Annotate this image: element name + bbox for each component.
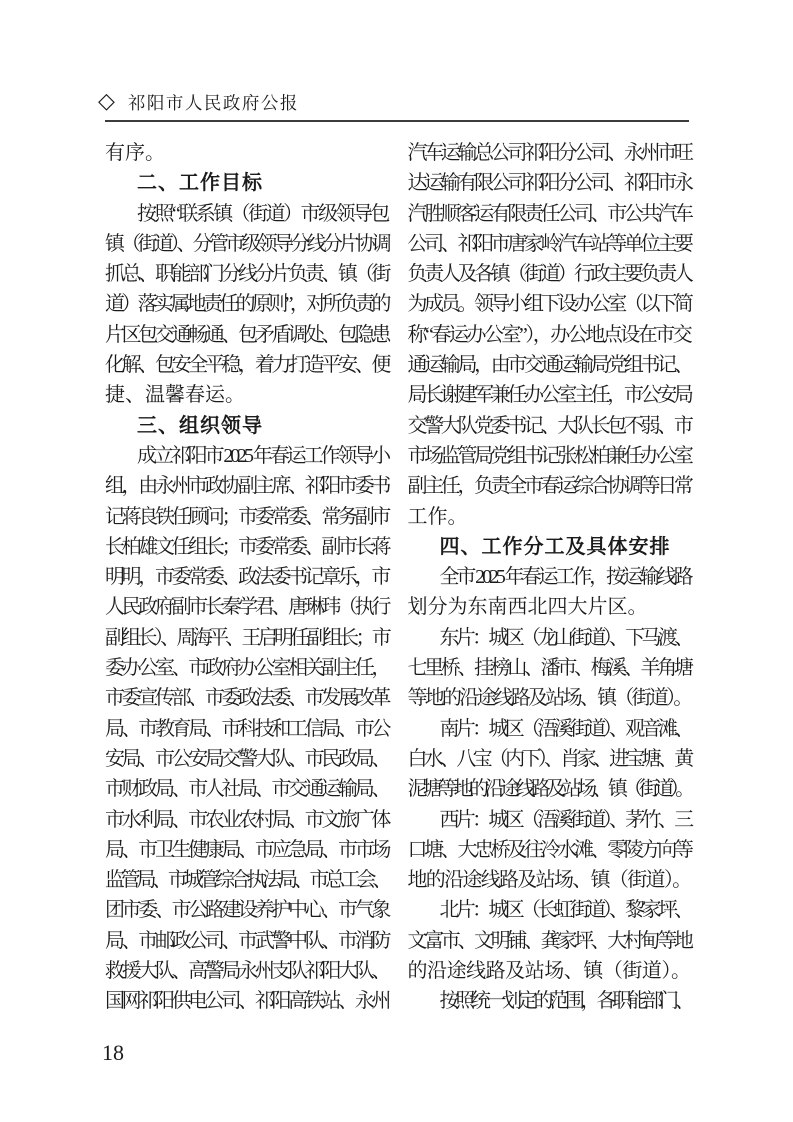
text-line: 监管局、市城管综合执法局、市总工会、 [105,865,388,895]
text-line: 等地的沿途线路及站场、镇（街道）。 [408,683,691,713]
text-line: 副组长）、周海平、王启明任副组长；市 [105,623,388,653]
section-heading: 四、工作分工及具体安排 [408,532,691,562]
text-line: 组，由永州市政协副主席、祁阳市委书 [105,471,388,501]
gazette-page: ◇ 祁阳市人民政府公报 有序。二、工作目标按照“联系镇（街道）市级领导包镇（街道… [0,0,793,1122]
text-line: 局、市卫生健康局、市应急局、市市场 [105,835,388,865]
text-line: 划分为东南西北四大片区。 [408,592,691,622]
text-line: 按照“联系镇（街道）市级领导包 [105,199,388,229]
text-line: 市委宣传部、市委政法委、市发展改革 [105,683,388,713]
text-line: 化解、包安全平稳，着力打造平安、便 [105,350,388,380]
text-line: 工作。 [408,502,691,532]
text-line: 全市 2025 年春运工作，按运输线路 [408,562,691,592]
text-line: 白水、八宝（内下）、肖家、进宝塘、黄 [408,744,691,774]
text-line: 局、市教育局、市科技和工信局、市公 [105,714,388,744]
text-line: 称“春运办公室”），办公地点设在市交 [408,320,691,350]
text-line: 记蒋良铁任顾问；市委常委、常务副市 [105,502,388,532]
left-column: 有序。二、工作目标按照“联系镇（街道）市级领导包镇（街道）、分管市级领导分线分片… [105,138,388,1017]
text-line: 抓总、职能部门分线分片负责、镇（街 [105,259,388,289]
section-heading: 三、组织领导 [105,411,388,441]
text-line: 汽车运输总公司祁阳分公司、永州市旺 [408,138,691,168]
text-line: 泥塘等地的沿途线路及站场、镇（街道）。 [408,774,691,804]
page-number: 18 [102,1038,124,1068]
right-column: 汽车运输总公司祁阳分公司、永州市旺达运输有限公司祁阳分公司、祁阳市永汽胜顺客运有… [408,138,691,1017]
header-rule [105,120,689,122]
text-line: 交警大队党委书记、大队长包不弱、市 [408,411,691,441]
text-line: 东片：城区（龙山街道）、下马渡、 [408,623,691,653]
section-heading: 二、工作目标 [105,168,388,198]
text-line: 安局、市公安局交警大队、市民政局、 [105,744,388,774]
text-line: 为成员。领导小组下设办公室（以下简 [408,289,691,319]
text-line: 救援大队、高警局永州支队祁阳大队、 [105,956,388,986]
text-line: 口塘、大忠桥及往冷水滩、零陵方向等 [408,835,691,865]
text-line: 北片：城区（长虹街道）、黎家坪、 [408,895,691,925]
text-line: 明明，市委常委、政法委书记章乐，市 [105,562,388,592]
text-line: 人民政府副市长秦学君、唐琳玮（执行 [105,592,388,622]
text-line: 市水利局、市农业农村局、市文旅广体 [105,805,388,835]
article-body: 有序。二、工作目标按照“联系镇（街道）市级领导包镇（街道）、分管市级领导分线分片… [105,138,690,1017]
text-line: 文富市、文明铺、龚家坪、大村甸等地 [408,926,691,956]
text-line: 地的沿途线路及站场、镇（街道）。 [408,865,691,895]
text-line: 国网祁阳供电公司、祁阳高铁站、永州 [105,986,388,1016]
text-line: 成立祁阳市 2025 年春运工作领导小 [105,441,388,471]
text-line: 镇（街道）、分管市级领导分线分片协调 [105,229,388,259]
text-line: 片区包交通畅通、包矛盾调处、包隐患 [105,320,388,350]
text-line: 市财政局、市人社局、市交通运输局、 [105,774,388,804]
text-line: 有序。 [105,138,388,168]
text-line: 公司、祁阳市唐家岭汽车站等单位主要 [408,229,691,259]
text-line: 捷、温馨春运。 [105,380,388,410]
gazette-title: 祁阳市人民政府公报 [128,90,299,115]
text-line: 市场监管局党组书记张松柏兼任办公室 [408,441,691,471]
text-line: 南片：城区（浯溪街道）、观音滩、 [408,714,691,744]
text-line: 达运输有限公司祁阳分公司、祁阳市永 [408,168,691,198]
text-line: 道）落实属地责任的原则”，对所负责的 [105,289,388,319]
text-line: 委办公室、市政府办公室相关副主任， [105,653,388,683]
text-line: 负责人及各镇（街道）行政主要负责人 [408,259,691,289]
text-line: 汽胜顺客运有限责任公司、市公共汽车 [408,199,691,229]
text-line: 长柏雄文任组长；市委常委、副市长蒋 [105,532,388,562]
text-line: 七里桥、挂榜山、潘市、梅溪、羊角塘 [408,653,691,683]
text-line: 团市委、市公路建设养护中心、市气象 [105,895,388,925]
text-line: 通运输局，由市交通运输局党组书记、 [408,350,691,380]
text-line: 西片：城区（浯溪街道）、茅竹、三 [408,805,691,835]
text-line: 副主任，负责全市春运综合协调等日常 [408,471,691,501]
text-line: 局、市邮政公司、市武警中队、市消防 [105,926,388,956]
text-line: 按照统一划定的范围，各职能部门、 [408,986,691,1016]
text-line: 局长谢建军兼任办公室主任，市公安局 [408,380,691,410]
page-header: ◇ 祁阳市人民政府公报 [98,86,690,118]
diamond-icon: ◇ [98,91,115,113]
text-line: 的沿途线路及站场、镇（街道）。 [408,956,691,986]
